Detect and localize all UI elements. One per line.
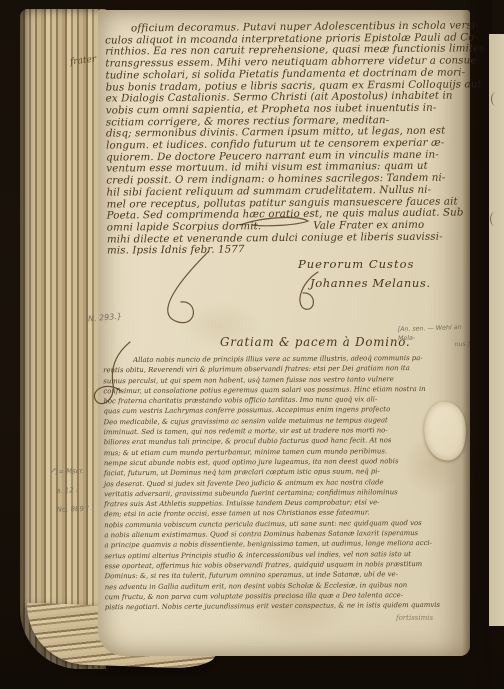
- pencil-arrow-mark: ↗: [50, 466, 57, 475]
- text-line: No. 869 ]: [56, 499, 109, 520]
- letter1-text-block: officium decoramus. Putavi nuper Adolesc…: [105, 20, 463, 257]
- manuscript-photo: officium decoramus. Putavi nuper Adolesc…: [0, 0, 504, 689]
- signature-name: Johannes Melanus.: [310, 276, 431, 290]
- text-line: a. 12 :: [56, 480, 109, 501]
- page-stack-edges: [20, 9, 106, 669]
- pencil-shelfmark: [= Mscr.a. 12 :No. 869 ]: [55, 461, 109, 520]
- signature-role: Puerorum Custos: [298, 257, 414, 271]
- letter2-catchword: fortissimis: [396, 614, 433, 622]
- text-line: mis. Ipsis Idnis febr. 1577: [107, 243, 463, 258]
- text-line: pistis negotiari. Nobis certe jucundissi…: [105, 600, 463, 613]
- pencil-archivist-note: [An. sen. — Wehl an Mela-nus ]: [398, 324, 471, 352]
- facing-page-ink-mark: [491, 92, 501, 106]
- facing-page-edge: [489, 34, 504, 626]
- letter2-heading: Gratiam & pacem à Domino.: [220, 335, 410, 349]
- text-line: [= Mscr.: [55, 461, 108, 482]
- gutter-shadow: [462, 0, 492, 689]
- letter2-text-block: Allato nobis nuncio de principis illius …: [103, 353, 463, 613]
- facing-page-ink-mark: [490, 212, 500, 226]
